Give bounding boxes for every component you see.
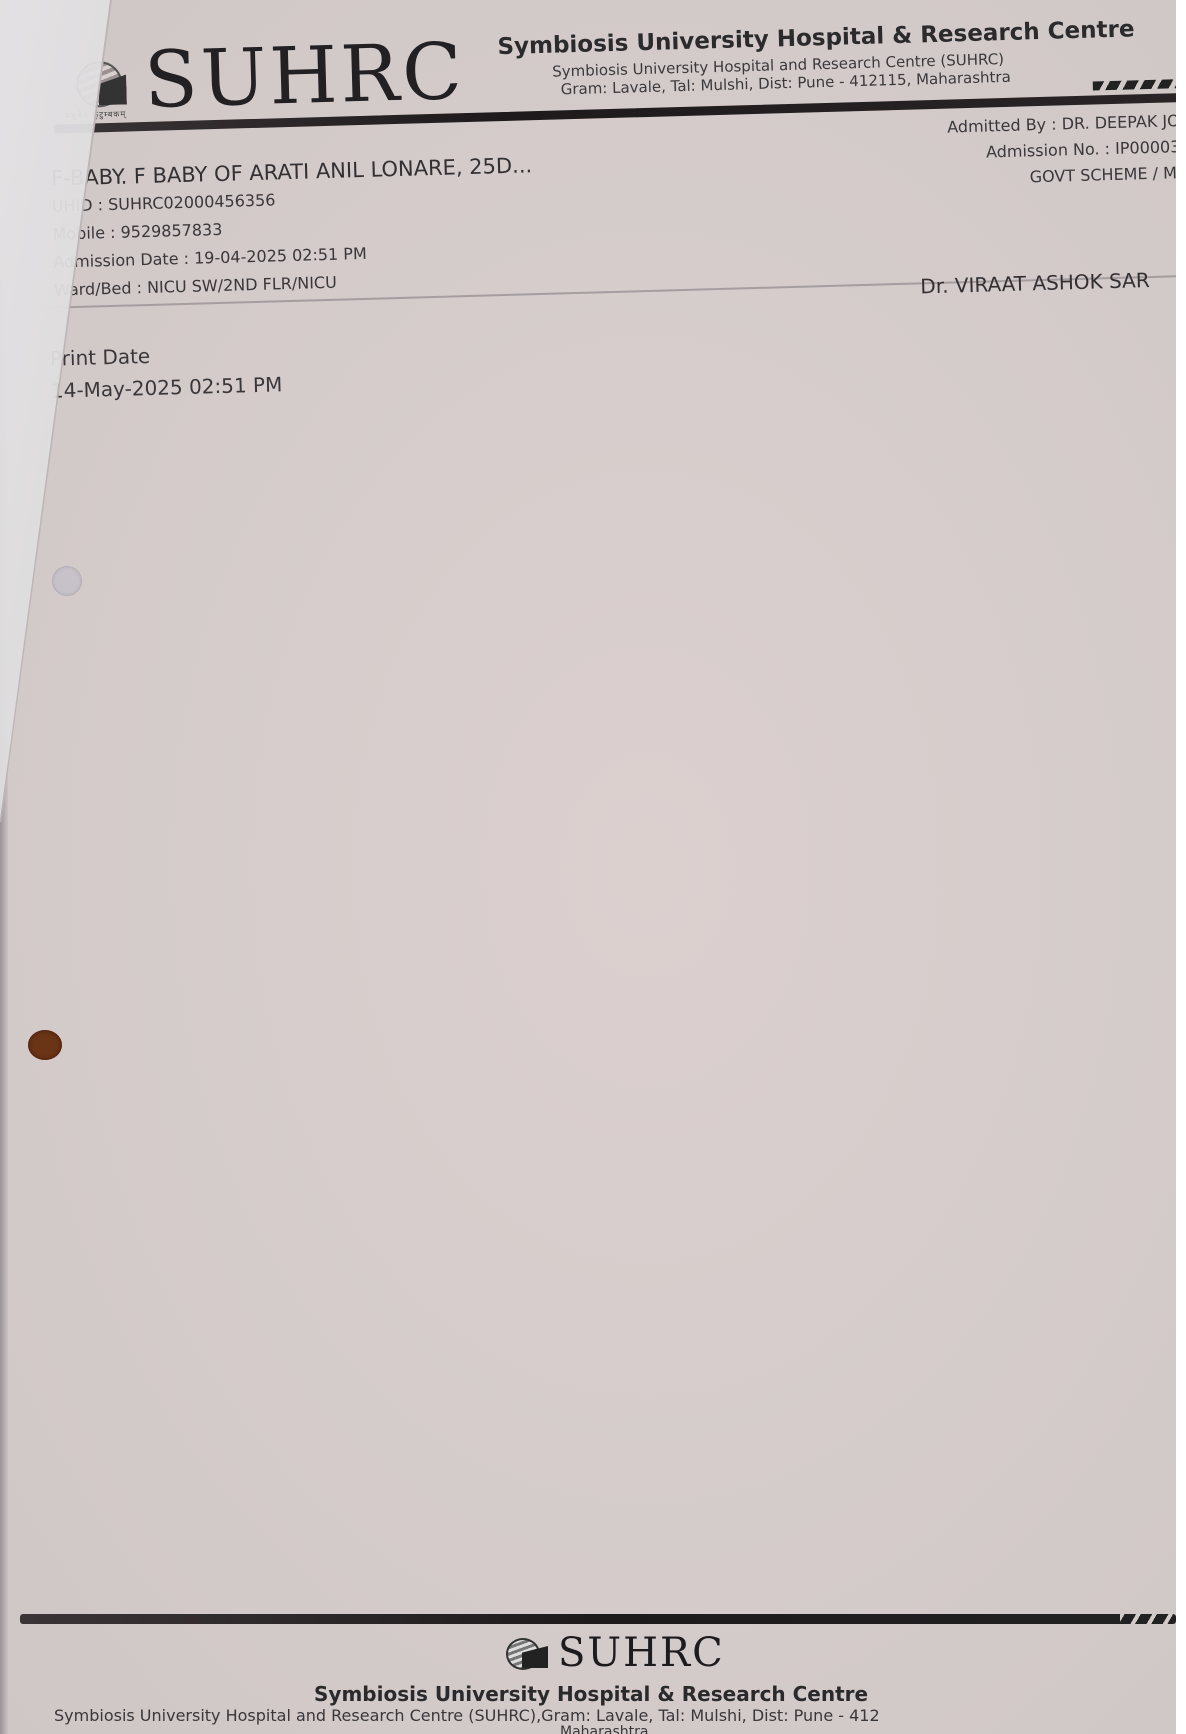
admitted-by: Admitted By : DR. DEEPAK JOS: [947, 111, 1176, 137]
footer-hospital-name: Symbiosis University Hospital & Research…: [314, 1682, 868, 1706]
footer-logo-icon: [504, 1636, 552, 1670]
patient-name: F-BABY. F BABY OF ARATI ANIL LONARE, 25D…: [51, 153, 533, 190]
print-date-value: 14-May-2025 02:51 PM: [51, 372, 283, 402]
footer-divider-stripes: [1120, 1614, 1176, 1624]
ward-bed: Ward/Bed : NICU SW/2ND FLR/NICU: [54, 273, 337, 300]
stain-mark: [28, 1030, 62, 1060]
hospital-name: Symbiosis University Hospital & Research…: [497, 16, 1135, 60]
admission-date: Admission Date : 19-04-2025 02:51 PM: [53, 244, 367, 272]
footer-address-continued: Maharashtra: [560, 1724, 648, 1734]
footer-address: Symbiosis University Hospital and Resear…: [54, 1706, 880, 1725]
document-page: वसुधैव कुटुम्बकम् SUHRC Symbiosis Univer…: [0, 0, 1176, 1734]
consulting-doctor: Dr. VIRAAT ASHOK SAR: [920, 268, 1150, 298]
punch-hole: [52, 566, 82, 596]
document-content: वसुधैव कुटुम्बकम् SUHRC Symbiosis Univer…: [0, 0, 1176, 1733]
payment-scheme: GOVT SCHEME / MJP: [1029, 163, 1176, 187]
footer-logo-text: SUHRC: [558, 1630, 725, 1676]
header-divider-stripes: [1093, 79, 1176, 91]
admission-number: Admission No. : IP000032: [986, 137, 1176, 162]
logo-text: SUHRC: [143, 27, 466, 126]
footer-divider: [20, 1614, 1176, 1624]
